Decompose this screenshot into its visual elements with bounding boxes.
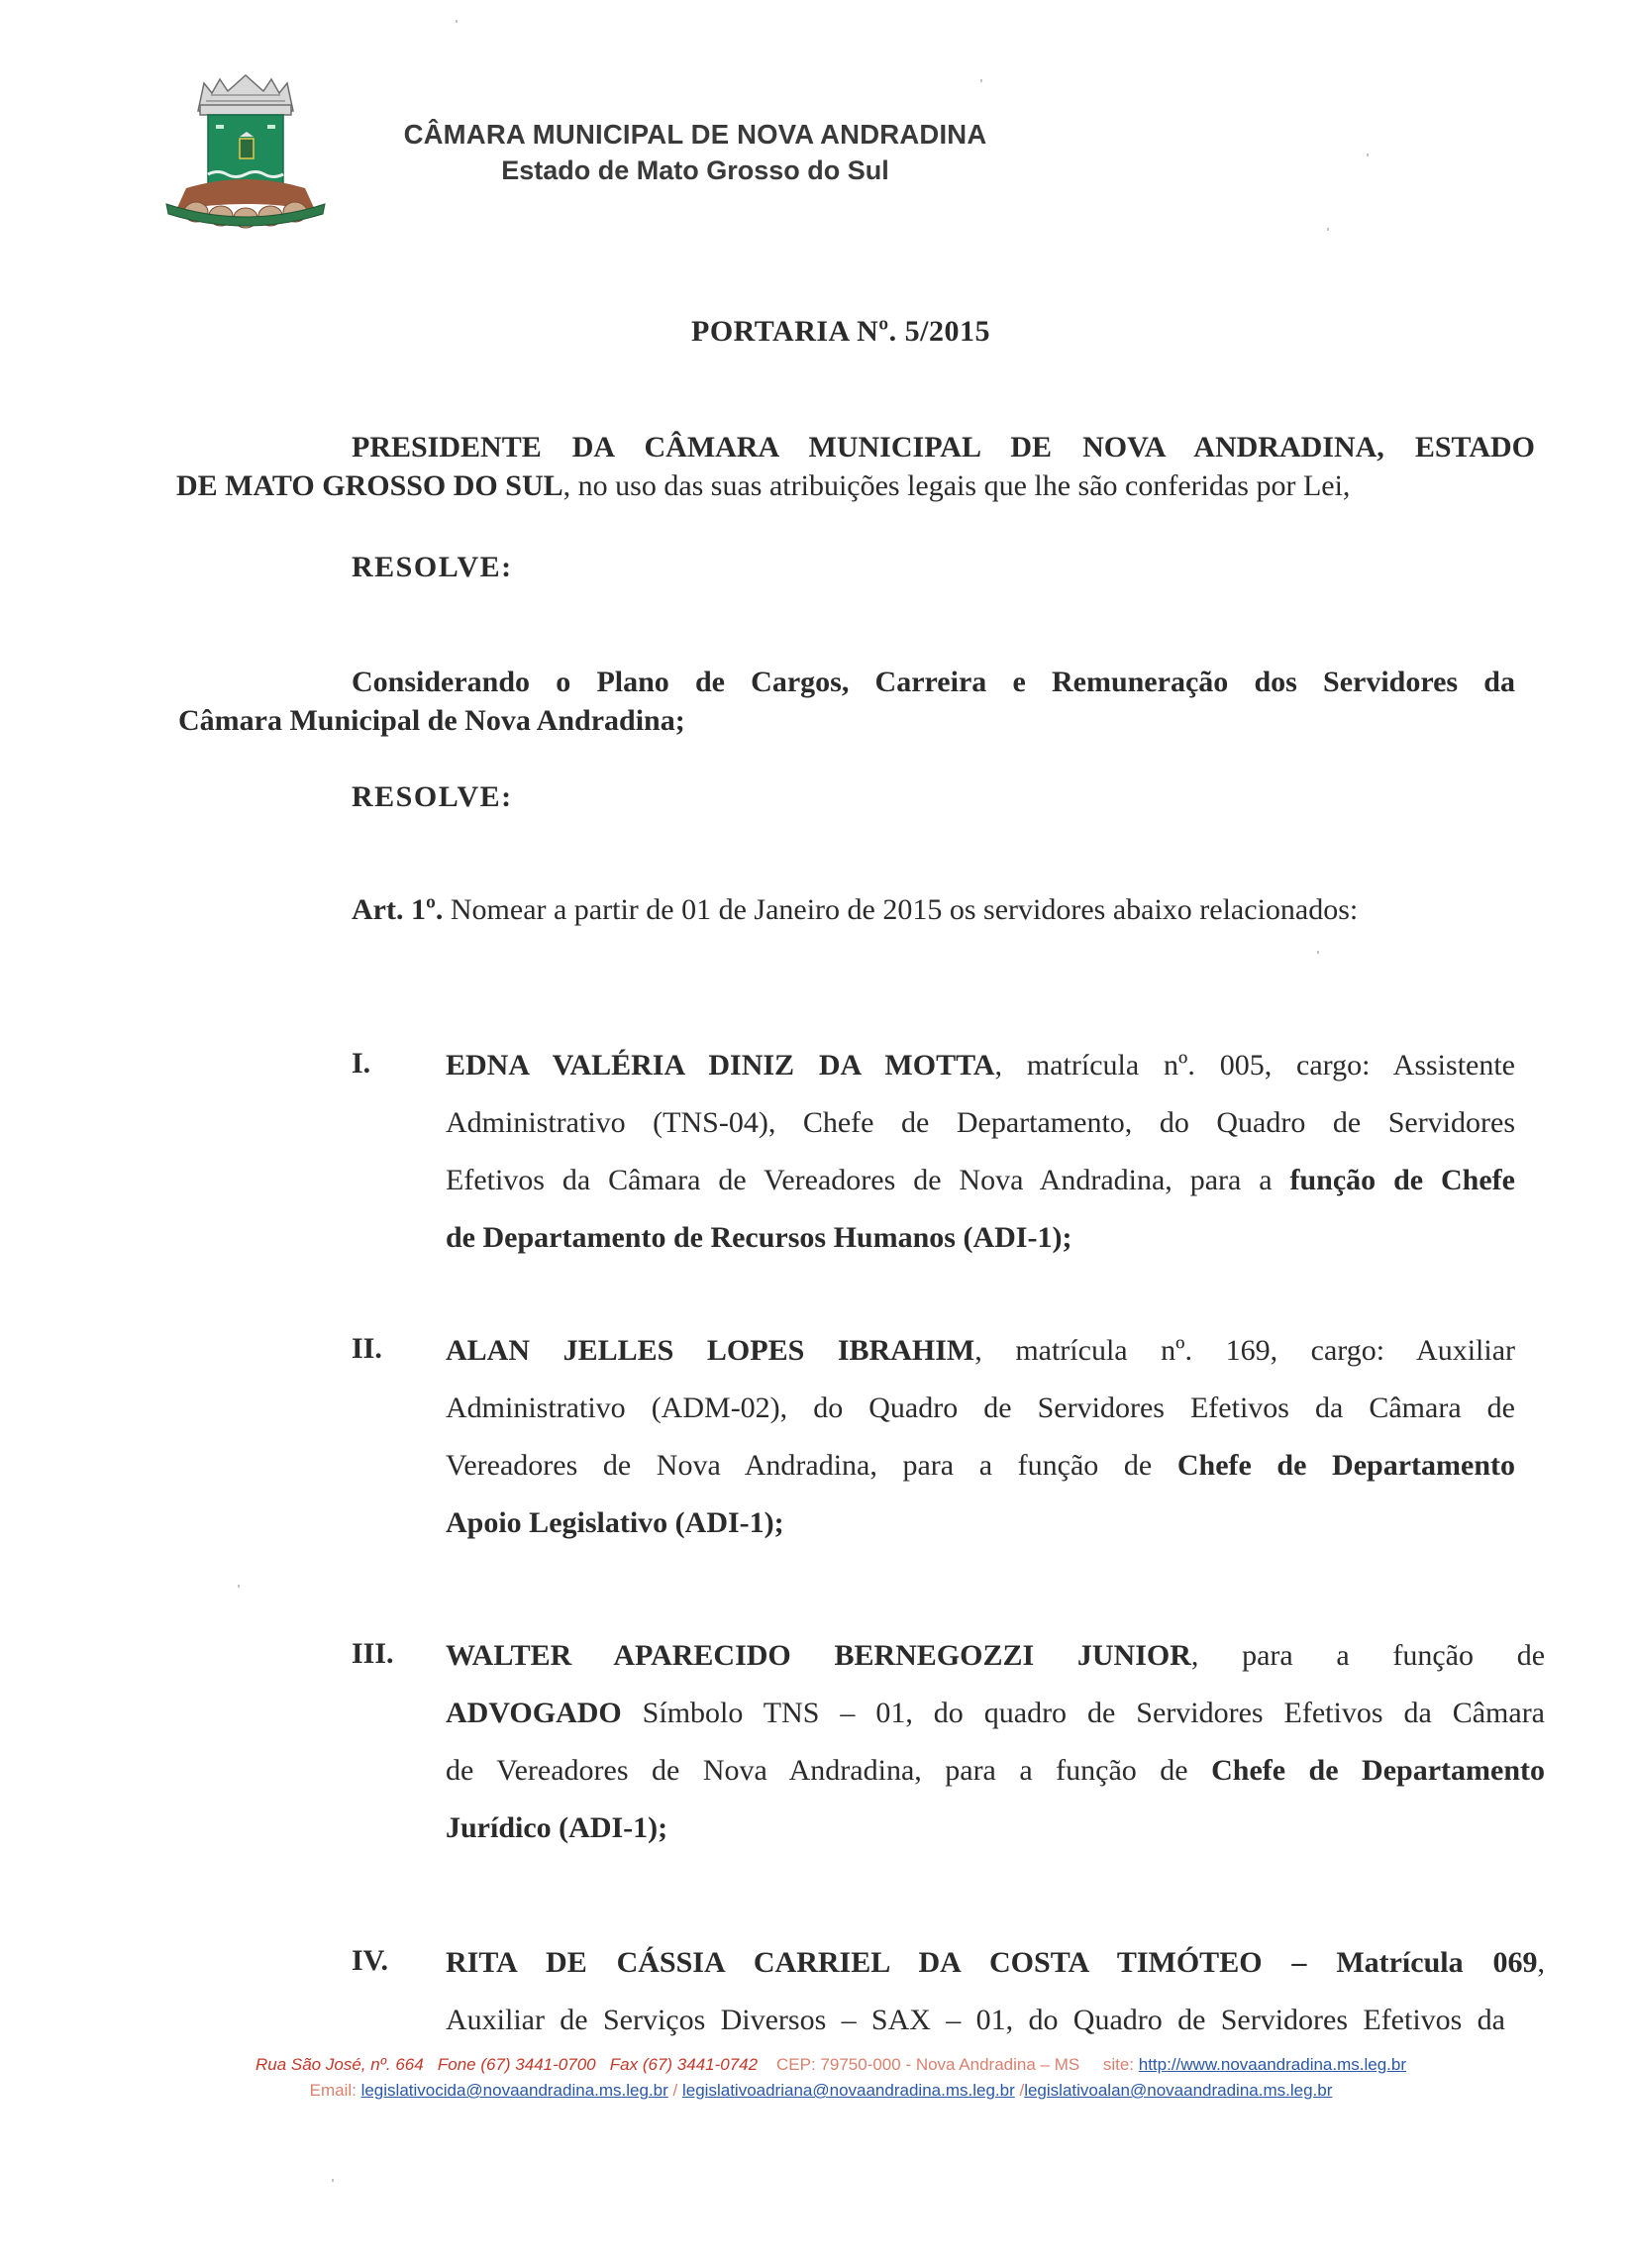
- preamble-normal: , no uso das suas atribuições legais que…: [563, 469, 1351, 502]
- item-text: Efetivos da Câmara de Vereadores de Nova…: [446, 1164, 1290, 1196]
- resolve-heading-2: RESOLVE:: [352, 780, 513, 814]
- item-role: Jurídico (ADI-1);: [446, 1800, 1545, 1857]
- scan-speck: [1317, 951, 1319, 954]
- item-text: Auxiliar de Serviços Diversos – SAX – 01…: [446, 1992, 1505, 2049]
- letterhead-org-name: CÂMARA MUNICIPAL DE NOVA ANDRADINA: [368, 119, 1022, 151]
- letterhead-state: Estado de Mato Grosso do Sul: [368, 155, 1022, 186]
- footer-email-line: Email: legislativocida@novaandradina.ms.…: [0, 2081, 1632, 2101]
- considerando-line-2: Câmara Municipal de Nova Andradina;: [178, 702, 1169, 740]
- footer-phone: Fone (67) 3441-0700: [438, 2055, 596, 2074]
- item-text: Símbolo TNS – 01, do quadro de Servidore…: [622, 1697, 1545, 1729]
- item-text: ,: [1538, 1946, 1546, 1979]
- preamble-line-2: DE MATO GROSSO DO SUL, no uso das suas a…: [176, 467, 1464, 505]
- item-text: Administrativo (ADM-02), do Quadro de Se…: [446, 1380, 1515, 1437]
- item-numeral: I.: [352, 1047, 370, 1081]
- item-numeral: III.: [352, 1637, 394, 1671]
- considerando-line-1: Considerando o Plano de Cargos, Carreira…: [352, 664, 1515, 701]
- list-item: WALTER APARECIDO BERNEGOZZI JUNIOR, para…: [446, 1627, 1545, 1857]
- footer-address: Rua São José, nº. 664: [255, 2055, 424, 2074]
- item-role: ADVOGADO: [446, 1697, 622, 1729]
- item-text: , matrícula nº. 169, cargo: Auxiliar: [974, 1334, 1515, 1367]
- footer-separator: /: [673, 2081, 678, 2100]
- item-text: , matrícula nº. 005, cargo: Assistente: [995, 1049, 1515, 1082]
- scan-speck: [456, 20, 458, 23]
- scan-speck: [980, 79, 982, 82]
- footer-contact-line: Rua São José, nº. 664 Fone (67) 3441-070…: [0, 2055, 1632, 2075]
- item-name: WALTER APARECIDO BERNEGOZZI JUNIOR: [446, 1639, 1191, 1672]
- article-label: Art. 1º.: [352, 893, 443, 926]
- scan-speck: [1367, 154, 1369, 156]
- item-name: EDNA VALÉRIA DINIZ DA MOTTA: [446, 1049, 995, 1082]
- item-role: Chefe de Departamento: [1211, 1754, 1545, 1787]
- municipal-coat-of-arms-icon: [156, 71, 335, 240]
- footer-email-link[interactable]: legislativocida@novaandradina.ms.leg.br: [361, 2081, 668, 2100]
- list-item: ALAN JELLES LOPES IBRAHIM, matrícula nº.…: [446, 1322, 1515, 1552]
- footer-email-label: Email:: [310, 2081, 357, 2100]
- item-numeral: IV.: [352, 1944, 388, 1978]
- item-role: Apoio Legislativo (ADI-1);: [446, 1495, 1515, 1552]
- preamble-line-1: PRESIDENTE DA CÂMARA MUNICIPAL DE NOVA A…: [352, 429, 1535, 466]
- item-numeral: II.: [352, 1332, 382, 1366]
- item-text: , para a função de: [1191, 1639, 1545, 1672]
- item-text: de Vereadores de Nova Andradina, para a …: [446, 1754, 1211, 1787]
- item-name: RITA DE CÁSSIA CARRIEL DA COSTA TIMÓTEO …: [446, 1946, 1538, 1979]
- footer-site-label: site:: [1103, 2055, 1134, 2074]
- footer-site-link[interactable]: http://www.novaandradina.ms.leg.br: [1139, 2055, 1406, 2074]
- document-title: PORTARIA Nº. 5/2015: [0, 315, 1632, 349]
- item-text: Administrativo (TNS-04), Chefe de Depart…: [446, 1094, 1515, 1152]
- article-text: Nomear a partir de 01 de Janeiro de 2015…: [443, 893, 1358, 926]
- scan-speck: [332, 2179, 334, 2182]
- scan-speck: [1327, 228, 1329, 231]
- item-role: Chefe de Departamento: [1177, 1449, 1515, 1482]
- preamble-bold: DE MATO GROSSO DO SUL: [176, 469, 563, 502]
- footer-fax: Fax (67) 3441-0742: [610, 2055, 758, 2074]
- footer-cep: CEP: 79750-000 - Nova Andradina – MS: [776, 2055, 1079, 2074]
- item-role: função de Chefe: [1290, 1164, 1515, 1196]
- item-name: ALAN JELLES LOPES IBRAHIM: [446, 1334, 974, 1367]
- list-item: EDNA VALÉRIA DINIZ DA MOTTA, matrícula n…: [446, 1037, 1515, 1267]
- resolve-heading-1: RESOLVE:: [352, 551, 513, 584]
- article-1: Art. 1º. Nomear a partir de 01 de Janeir…: [352, 893, 1589, 927]
- item-role: de Departamento de Recursos Humanos (ADI…: [446, 1209, 1515, 1267]
- list-item: RITA DE CÁSSIA CARRIEL DA COSTA TIMÓTEO …: [446, 1934, 1545, 2049]
- scan-speck: [238, 1585, 240, 1588]
- item-text: Vereadores de Nova Andradina, para a fun…: [446, 1449, 1177, 1482]
- footer-email-link[interactable]: legislativoadriana@novaandradina.ms.leg.…: [682, 2081, 1015, 2100]
- footer-email-link[interactable]: legislativoalan@novaandradina.ms.leg.br: [1024, 2081, 1332, 2100]
